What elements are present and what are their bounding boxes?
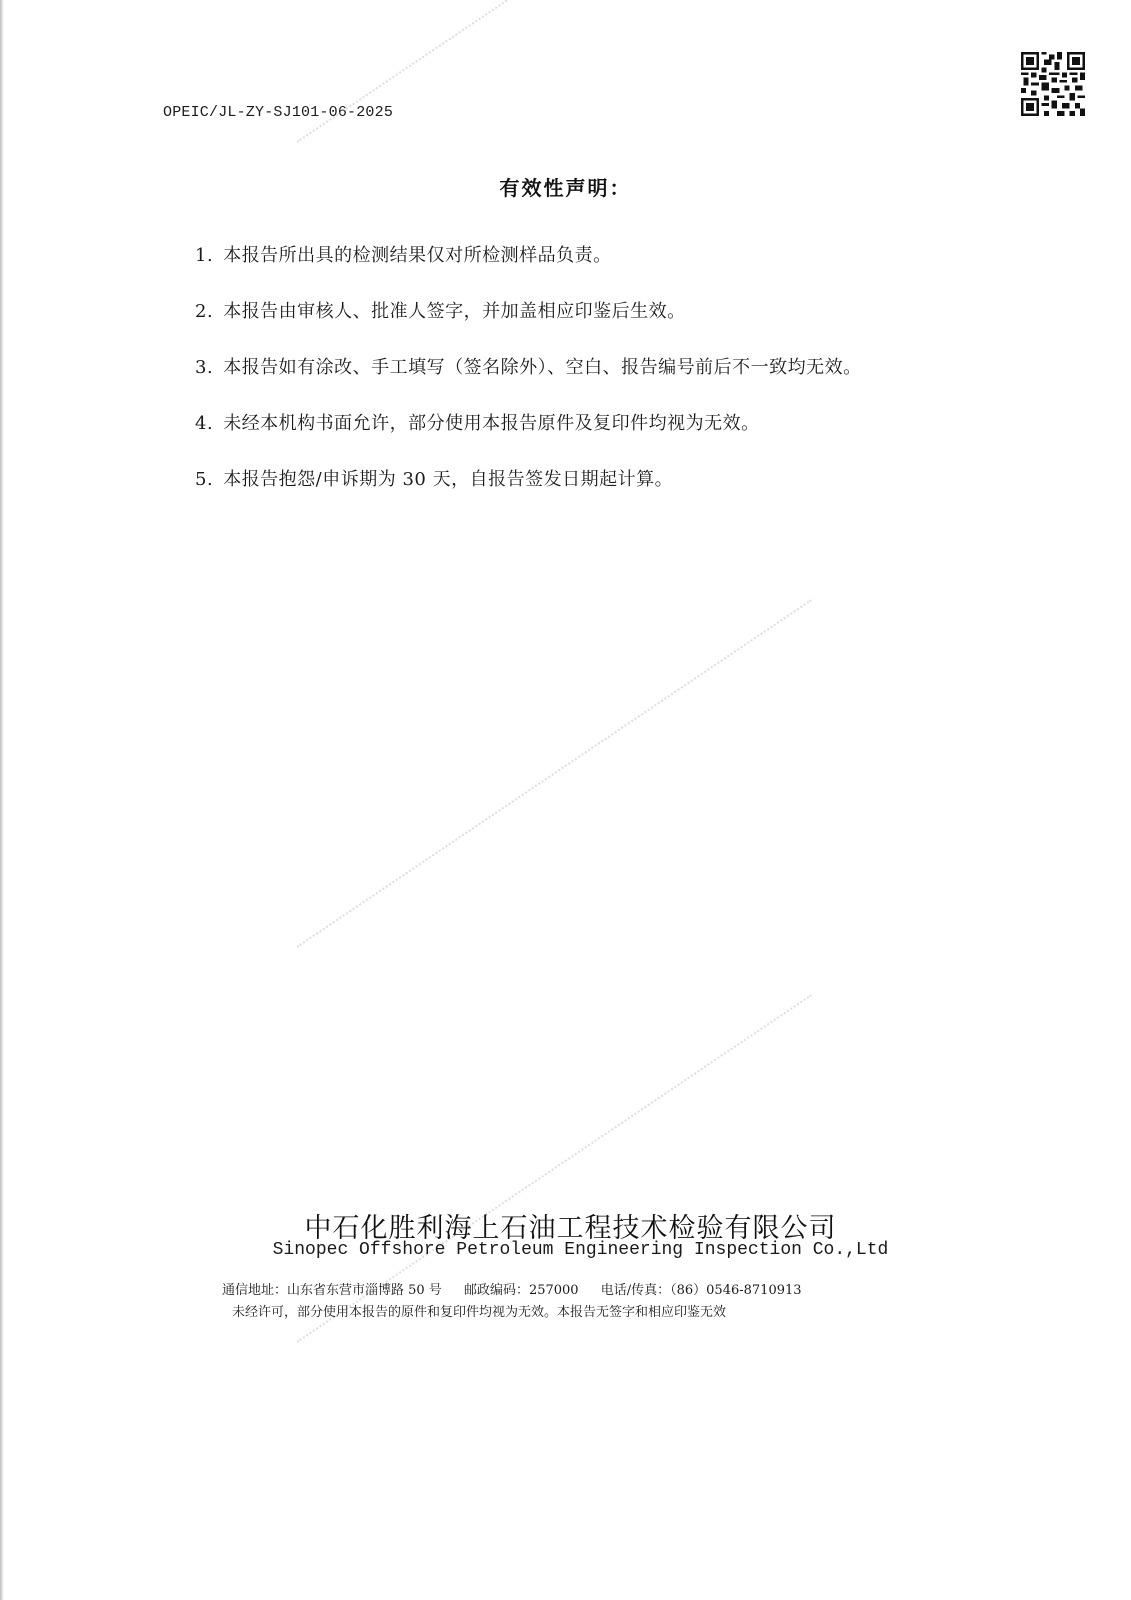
page-title: 有效性声明： — [0, 172, 1131, 201]
company-name-en: Sinopec Offshore Petroleum Engineering I… — [0, 1240, 1131, 1260]
validity-clauses: 1.本报告所出具的检测结果仅对所检测样品负责。 2.本报告由审核人、批准人签字，… — [150, 242, 950, 522]
clause-4: 4.未经本机构书面允许，部分使用本报告原件及复印件均视为无效。 — [150, 410, 950, 438]
clause-5: 5.本报告抱怨/申诉期为 30 天，自报告签发日期起计算。 — [150, 466, 950, 494]
contact-info: 通信地址：山东省东营市淄博路 50 号 邮政编码：257000 电话/传真：（8… — [222, 1279, 820, 1298]
clause-3: 3.本报告如有涂改、手工填写（签名除外）、空白、报告编号前后不一致均无效。 — [150, 354, 950, 382]
postcode: 邮政编码：257000 — [464, 1283, 579, 1298]
clause-1: 1.本报告所出具的检测结果仅对所检测样品负责。 — [150, 242, 950, 270]
clause-2: 2.本报告由审核人、批准人签字，并加盖相应印鉴后生效。 — [150, 298, 950, 326]
watermark-stroke — [297, 599, 818, 956]
qr-code-icon — [1021, 52, 1085, 116]
scan-edge — [0, 0, 4, 1600]
usage-notice: 未经许可，部分使用本报告的原件和复印件均视为无效。本报告无签字和相应印鉴无效 — [232, 1301, 726, 1320]
address: 通信地址：山东省东营市淄博路 50 号 — [222, 1283, 442, 1298]
phone-fax: 电话/传真：（86）0546-8710913 — [601, 1283, 802, 1298]
watermark-stroke — [297, 0, 519, 151]
